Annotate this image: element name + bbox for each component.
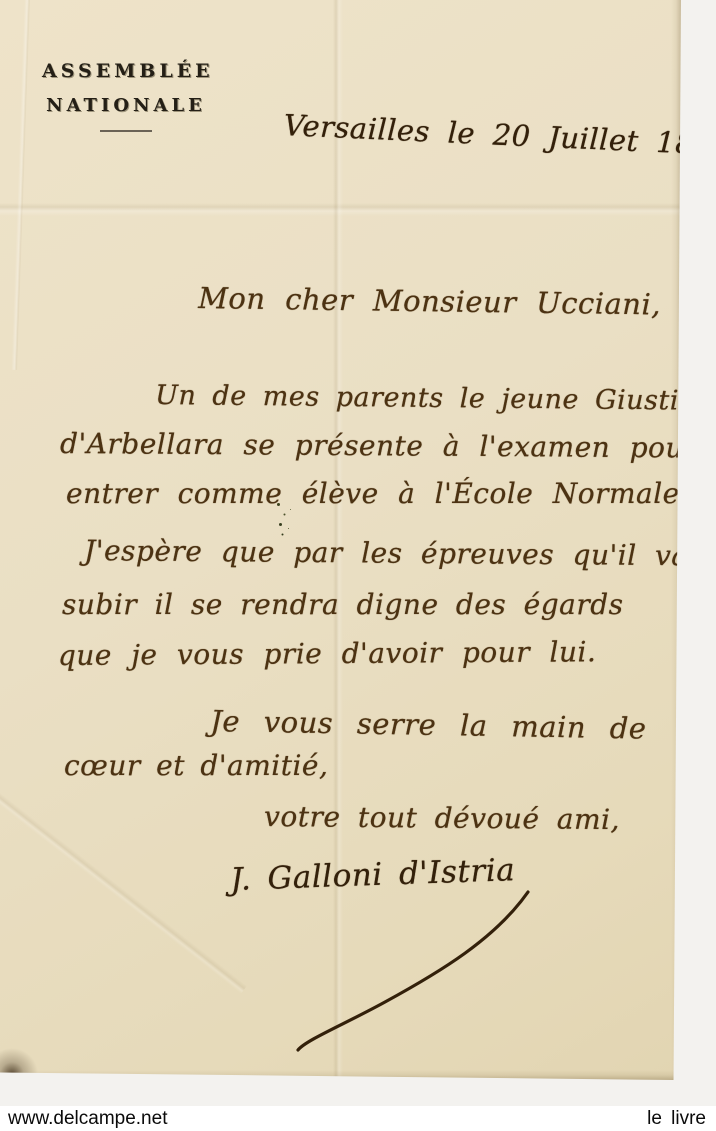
body-line: cœur et d'amitié, <box>64 749 328 782</box>
closing-line: votre tout dévoué ami, <box>264 800 620 836</box>
letterhead-line-2: NATIONALE <box>42 95 210 116</box>
body-line: J'espère que par les épreuves qu'il va <box>84 534 689 572</box>
signature-flourish <box>290 884 540 1059</box>
letter-paper: ASSEMBLÉE NATIONALE Versailles le 20 Jui… <box>0 0 681 1080</box>
body-line: d'Arbellara se présente à l'examen pour <box>60 427 698 464</box>
body-line: que je vous prie d'avoir pour lui. <box>58 635 597 672</box>
body-line: Un de mes parents le jeune Giustiniani <box>155 380 716 417</box>
dateline-handwritten: Versailles le 20 Juillet 1872 <box>283 108 716 162</box>
body-line: Je vous serre la main de <box>210 704 647 746</box>
ink-speckles <box>277 503 280 506</box>
watermark-bar: www.delcampe.net le livre <box>0 1106 716 1131</box>
watermark-site-text: www.delcampe.net <box>8 1106 167 1131</box>
watermark-seller-text: le livre <box>647 1106 706 1131</box>
letterhead: ASSEMBLÉE NATIONALE <box>42 60 210 132</box>
letterhead-line-1: ASSEMBLÉE <box>42 60 210 82</box>
letterhead-divider <box>100 130 152 132</box>
paper-crease-diagonal <box>0 776 247 993</box>
salutation-handwritten: Mon cher Monsieur Ucciani, <box>198 281 661 321</box>
paper-crease-vertical <box>11 0 30 370</box>
body-line: entrer comme élève à l'École Normale. <box>66 477 689 510</box>
body-line: subir il se rendra digne des égards <box>62 588 624 621</box>
